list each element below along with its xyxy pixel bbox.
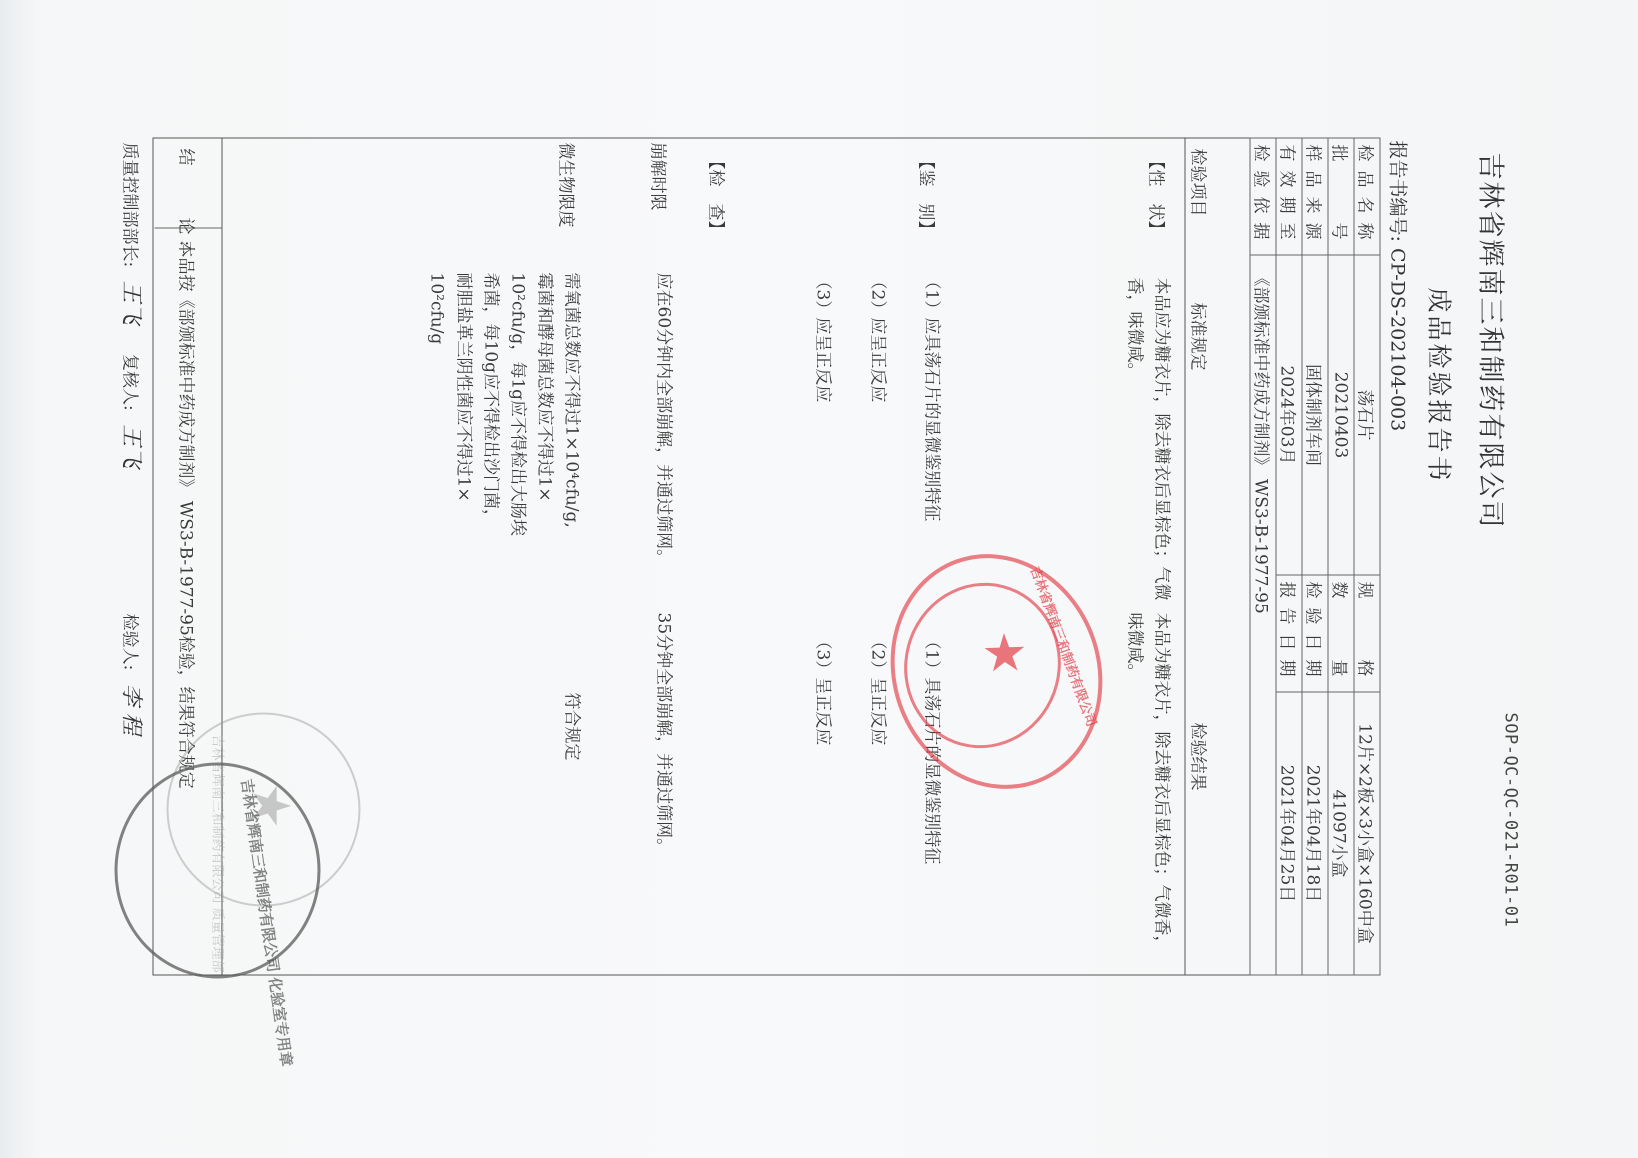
column-header-standard: 标准规定 bbox=[1188, 303, 1213, 371]
batch-label: 批 号 bbox=[1328, 138, 1354, 255]
inspector-signature: 李 程 bbox=[119, 684, 144, 735]
report-number-value: CP-DS-202104-003 bbox=[1387, 248, 1409, 431]
report-page: 吉林省辉南三和制药有限公司 SOP-QC-QC-021-R01-01 成品检验报… bbox=[131, 113, 1531, 1008]
table-row: 有效期至 2024年03月 报告日期 2021年04月25日 bbox=[1276, 138, 1302, 975]
identification-result-2: （2）呈正反应 bbox=[864, 633, 891, 746]
disintegration-standard: 应在60分钟内全部崩解，并通过筛网。 bbox=[650, 273, 677, 573]
conclusion-label: 结 论: bbox=[176, 149, 201, 253]
quantity-value: 41097小盒 bbox=[1328, 692, 1354, 975]
table-row: 样品来源 固体制剂车间 检验日期 2021年04月18日 bbox=[1302, 138, 1328, 975]
character-standard: 本品应为糖衣片，除去糖衣后显棕色；气微香，味微咸。 bbox=[1121, 278, 1175, 608]
character-result: 本品为糖衣片，除去糖衣后显棕色；气微香，味微咸。 bbox=[1121, 613, 1175, 963]
batch-value: 20210403 bbox=[1328, 255, 1354, 575]
company-name: 吉林省辉南三和制药有限公司 bbox=[1474, 153, 1513, 530]
product-info-table: 检品名称 荡石片 规 格 12片×2板×3小盒×160中盒 批 号 202104… bbox=[1250, 138, 1381, 976]
table-row: 批 号 20210403 数 量 41097小盒 bbox=[1328, 138, 1354, 975]
report-date-label: 报告日期 bbox=[1276, 575, 1302, 692]
report-number: 报告书编号: CP-DS-202104-003 bbox=[1386, 141, 1413, 432]
test-date-value: 2021年04月18日 bbox=[1302, 692, 1328, 975]
microbial-standard-line: 需氧菌总数应不得过1×10⁴cfu/g, bbox=[558, 273, 585, 537]
conclusion-divider bbox=[222, 138, 223, 976]
product-name-label: 检品名称 bbox=[1354, 138, 1380, 255]
qc-head-label: 质量控制部部长: bbox=[120, 143, 140, 268]
signature-row: 质量控制部部长: 王飞 复核人: 王飞 检验人: 李 程 bbox=[118, 143, 149, 735]
expiry-label: 有效期至 bbox=[1276, 138, 1302, 255]
source-value: 固体制剂车间 bbox=[1302, 255, 1328, 575]
header-divider bbox=[1185, 138, 1186, 976]
quantity-label: 数 量 bbox=[1328, 575, 1354, 692]
identification-standard-2: （2）应呈正反应 bbox=[864, 273, 891, 403]
microbial-label: 微生物限度 bbox=[556, 143, 581, 228]
reviewer-signature: 王飞 bbox=[119, 424, 144, 468]
document-code: SOP-QC-QC-021-R01-01 bbox=[1501, 713, 1521, 928]
microbial-standard-line: 耐胆盐革兰阴性菌应不得过1× bbox=[450, 273, 477, 537]
microbial-standard-line: 希菌，每10g应不得检出沙门菌， bbox=[477, 273, 504, 537]
identification-result-1: （1）具荡石片的显微鉴别特征 bbox=[918, 633, 945, 865]
microbial-standard-line: 10²cfu/g，每1g应不得检出大肠埃 bbox=[504, 273, 531, 537]
report-number-label: 报告书编号: bbox=[1387, 141, 1409, 242]
table-row: 检品名称 荡石片 规 格 12片×2板×3小盒×160中盒 bbox=[1354, 138, 1380, 975]
spec-value: 12片×2板×3小盒×160中盒 bbox=[1354, 692, 1380, 975]
microbial-result: 符合规定 bbox=[558, 693, 585, 761]
identification-standard-3: （3）应呈正反应 bbox=[809, 273, 836, 403]
identification-result-3: （3）呈正反应 bbox=[809, 633, 836, 746]
identification-standard-1: （1）应具荡石片的显微鉴别特征 bbox=[918, 273, 945, 522]
conclusion-text: 本品按《部颁标准中药成方制剂》 WS3-B-1977-95检验，结果符合规定 bbox=[176, 241, 201, 789]
reviewer-label: 复核人: bbox=[120, 354, 140, 411]
expiry-value: 2024年03月 bbox=[1276, 255, 1302, 575]
section-identification-heading: 【鉴 别】 bbox=[916, 153, 941, 238]
inspector-label: 检验人: bbox=[120, 614, 140, 671]
qc-head-signature: 王飞 bbox=[119, 281, 144, 325]
microbial-standard-line: 霉菌和酵母菌总数应不得过1× bbox=[531, 273, 558, 537]
section-inspection-heading: 【检 查】 bbox=[706, 153, 731, 238]
basis-value: 《部颁标准中药成方制剂》 WS3-B-1977-95 bbox=[1250, 255, 1276, 975]
microbial-standard: 需氧菌总数应不得过1×10⁴cfu/g, 霉菌和酵母菌总数应不得过1× 10²c… bbox=[423, 273, 585, 537]
source-label: 样品来源 bbox=[1302, 138, 1328, 255]
basis-label: 检验依据 bbox=[1250, 138, 1276, 255]
product-name-value: 荡石片 bbox=[1354, 255, 1380, 575]
report-date-value: 2021年04月25日 bbox=[1276, 692, 1302, 975]
column-header-item: 检验项目 bbox=[1188, 149, 1213, 217]
disintegration-label: 崩解时限 bbox=[648, 143, 673, 211]
disintegration-result: 35分钟全部崩解，并通过筛网。 bbox=[650, 613, 677, 856]
microbial-standard-line: 10²cfu/g bbox=[423, 273, 450, 537]
report-frame bbox=[153, 138, 1381, 976]
test-date-label: 检验日期 bbox=[1302, 575, 1328, 692]
section-character-heading: 【性 状】 bbox=[1146, 153, 1171, 238]
report-title: 成品检验报告书 bbox=[1423, 288, 1459, 484]
column-header-result: 检验结果 bbox=[1188, 723, 1213, 791]
spec-label: 规 格 bbox=[1354, 575, 1380, 692]
table-row: 检验依据 《部颁标准中药成方制剂》 WS3-B-1977-95 bbox=[1250, 138, 1276, 975]
